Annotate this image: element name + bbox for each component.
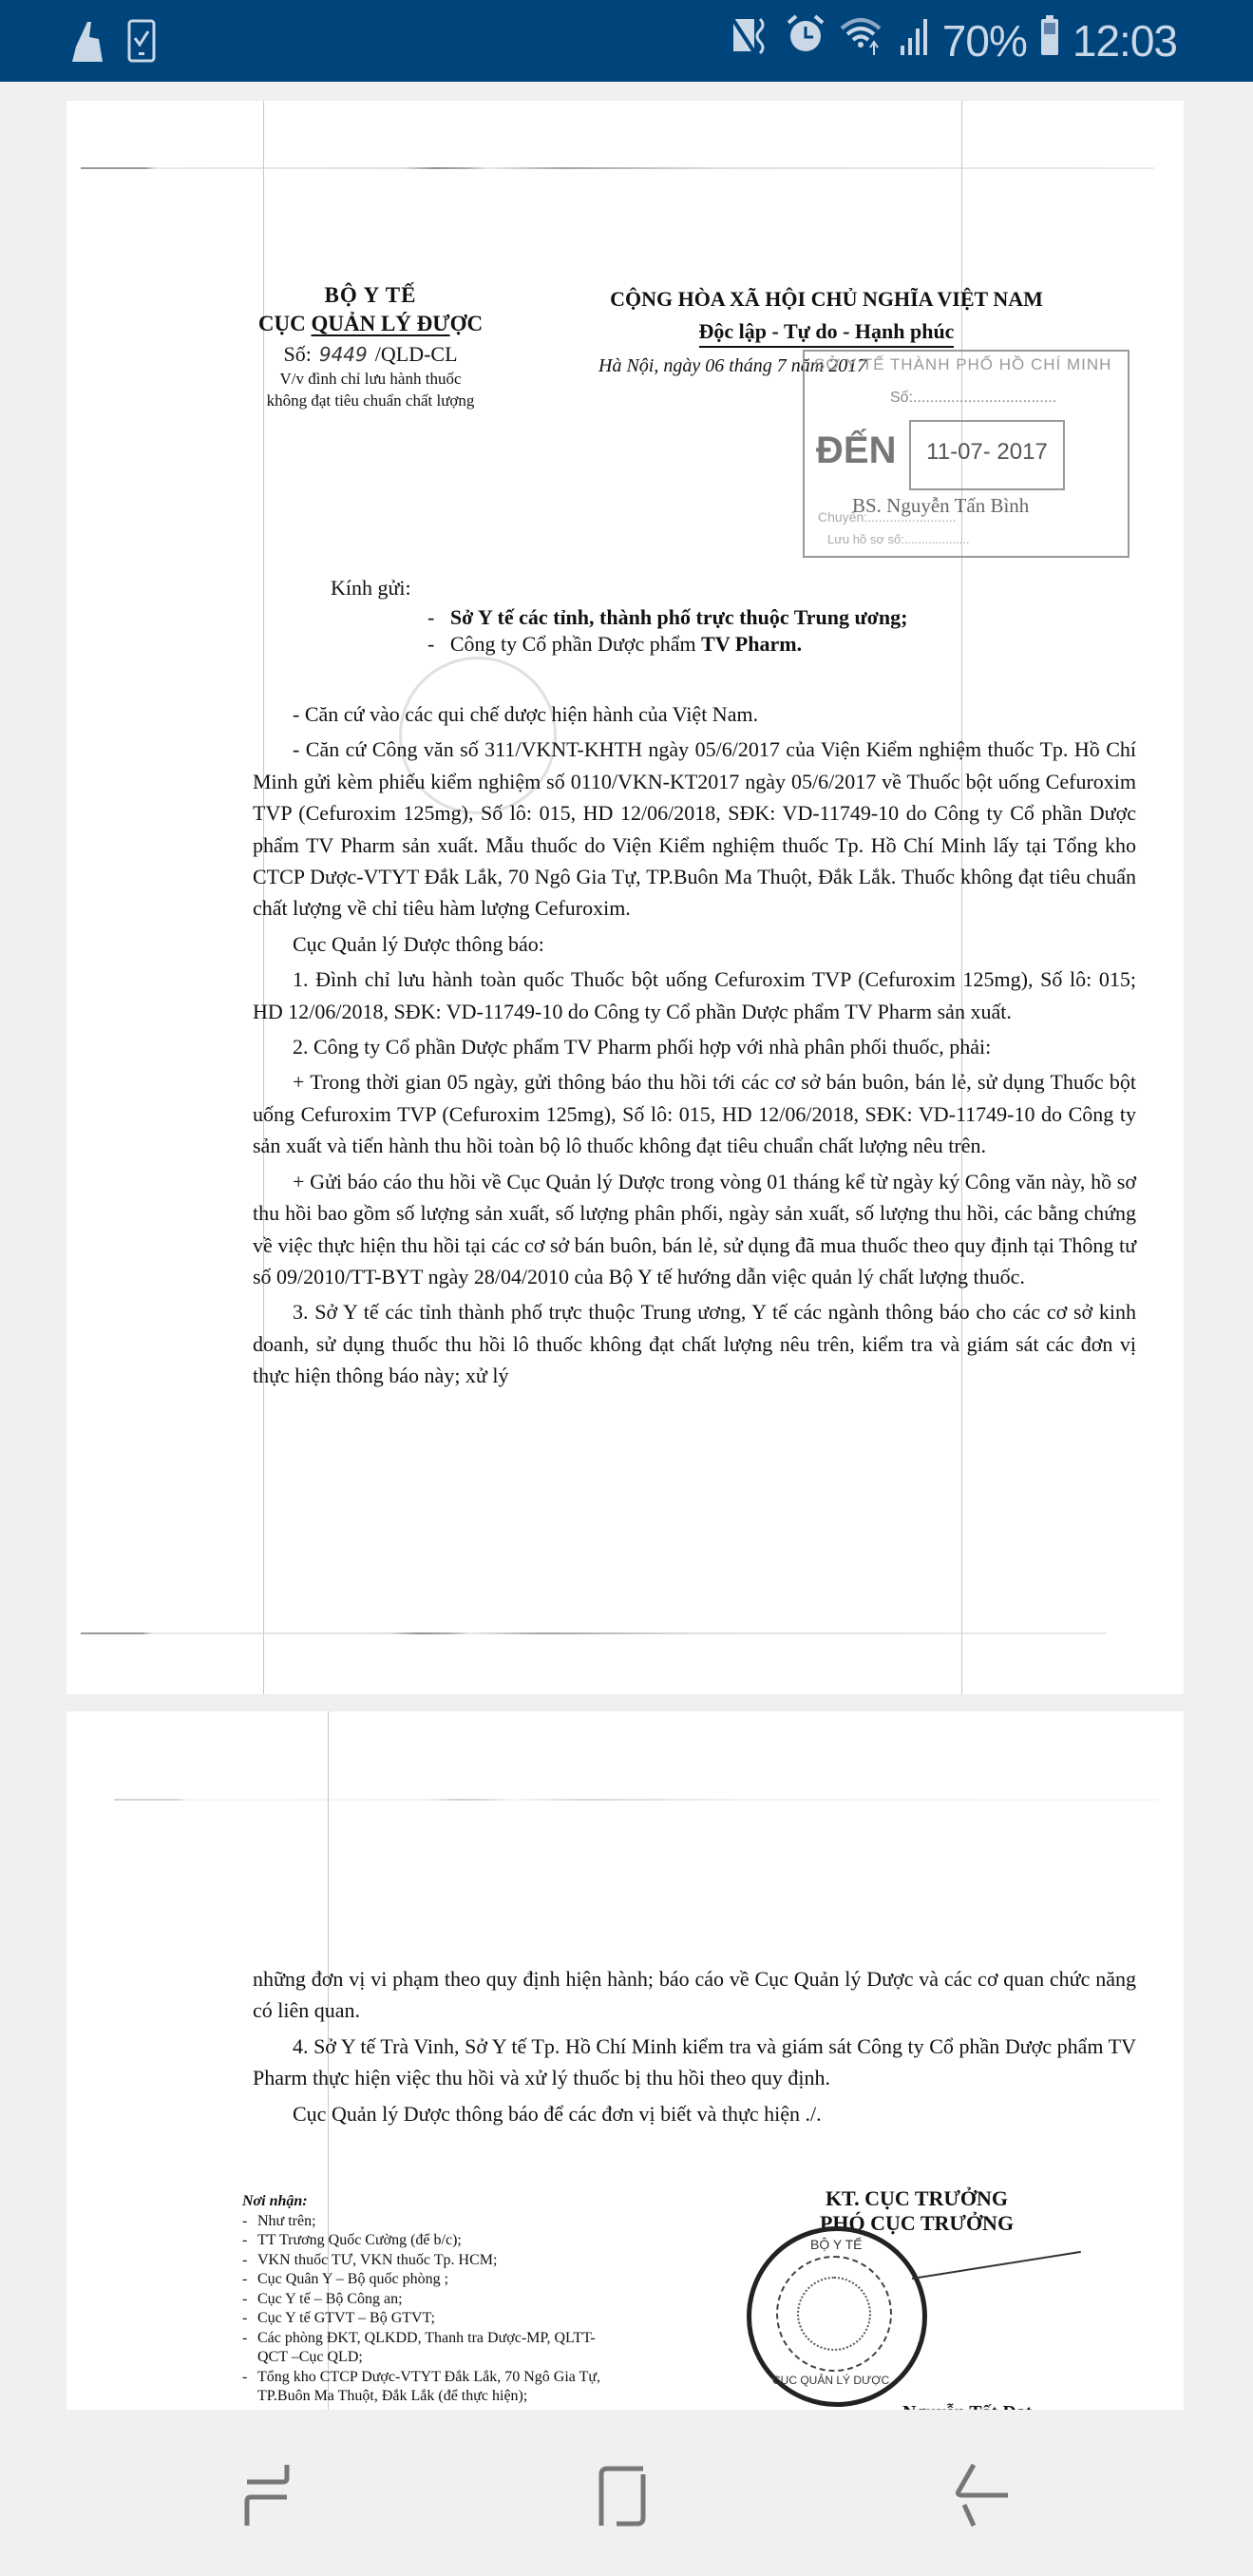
- document-page-2: những đơn vị vi phạm theo quy định hiện …: [66, 1711, 1184, 2443]
- distribution-item: -Cục Y tế – Bộ Công an;: [242, 2290, 622, 2310]
- home-button[interactable]: [584, 2457, 660, 2533]
- paragraph: + Trong thời gian 05 ngày, gửi thông báo…: [253, 1066, 1136, 1161]
- distribution-list: Nơi nhận: -Như trên; -TT Trương Quốc Cườ…: [242, 2192, 622, 2426]
- scan-artifact-line: [81, 167, 1154, 169]
- paragraph: 3. Sở Y tế các tỉnh thành phố trực thuộc…: [253, 1296, 1136, 1391]
- clock: 12:03: [1073, 15, 1177, 67]
- paragraph: Cục Quản lý Dược thông báo để các đơn vị…: [253, 2098, 1136, 2129]
- official-seal: BỘ Y TẾ CỤC QUẢN LÝ DƯỢC: [747, 2226, 927, 2407]
- battery-percent: 70%: [942, 15, 1027, 67]
- document-viewer[interactable]: BỘ Y TẾ CỤC QUẢN LÝ ĐƯỢC Số:9449/QLD-CL …: [0, 82, 1253, 2410]
- paragraph: những đơn vị vi phạm theo quy định hiện …: [253, 1963, 1136, 2027]
- distribution-item: -TT Trương Quốc Cường (để b/c);: [242, 2231, 622, 2251]
- paragraph: + Gửi báo cáo thu hồi về Cục Quản lý Dượ…: [253, 1166, 1136, 1293]
- document-page-1: BỘ Y TẾ CỤC QUẢN LÝ ĐƯỢC Số:9449/QLD-CL …: [66, 101, 1184, 1694]
- scan-artifact-line: [81, 1632, 1107, 1634]
- phone-check-icon: [127, 19, 156, 67]
- back-button[interactable]: [936, 2457, 1012, 2533]
- distribution-item: -Cục Y tế GTVT – Bộ GTVT;: [242, 2309, 622, 2329]
- paragraph: - Căn cứ vào các qui chế dược hiện hành …: [253, 698, 1136, 730]
- signature-block: KT. CỤC TRƯỞNG PHÓ CỤC TRƯỞNG: [760, 2186, 1073, 2236]
- paragraph: - Căn cứ Công văn số 311/VKNT-KHTH ngày …: [253, 734, 1136, 924]
- paragraph: 2. Công ty Cổ phần Dược phẩm TV Pharm ph…: [253, 1031, 1136, 1062]
- distribution-item: -VKN thuốc TƯ, VKN thuốc Tp. HCM;: [242, 2251, 622, 2271]
- subject-line: không đạt tiêu chuẩn chất lượng: [228, 391, 513, 410]
- signer-title: KT. CỤC TRƯỞNG: [760, 2186, 1073, 2211]
- recent-apps-icon: [237, 2457, 313, 2533]
- subject-line: V/v đình chỉ lưu hành thuốc: [228, 370, 513, 389]
- issuer-header: BỘ Y TẾ CỤC QUẢN LÝ ĐƯỢC Số:9449/QLD-CL …: [228, 283, 513, 410]
- wifi-data-icon: [840, 13, 887, 67]
- document-number: Số:9449/QLD-CL: [228, 342, 513, 367]
- national-motto: Độc lập - Tự do - Hạnh phúc: [699, 319, 955, 348]
- national-emblem-icon: [797, 2277, 871, 2351]
- vibrate-mute-icon: [730, 13, 771, 67]
- home-icon: [584, 2457, 660, 2533]
- recipient-list: - Sở Y tế các tỉnh, thành phố trực thuộc…: [427, 604, 907, 658]
- department-name: CỤC QUẢN LÝ ĐƯỢC: [228, 312, 513, 336]
- arrival-stamp: SỞ Y TẾ THÀNH PHỐ HỒ CHÍ MINH Số:.......…: [803, 350, 1130, 558]
- ministry-name: BỘ Y TẾ: [228, 283, 513, 308]
- distribution-item: -Tổng kho CTCP Dược-VTYT Đắk Lắk, 70 Ngô…: [242, 2368, 622, 2407]
- distribution-title: Nơi nhận:: [242, 2192, 622, 2212]
- document-body: - Căn cứ vào các qui chế dược hiện hành …: [253, 695, 1136, 1392]
- paragraph: Cục Quản lý Dược thông báo:: [253, 928, 1136, 960]
- paragraph: 4. Sở Y tế Trà Vinh, Sở Y tế Tp. Hồ Chí …: [253, 2031, 1136, 2094]
- battery-icon: [1040, 13, 1059, 67]
- signal-icon: [901, 13, 929, 67]
- paragraph: 1. Đình chỉ lưu hành toàn quốc Thuốc bột…: [253, 964, 1136, 1027]
- salutation: Kính gửi:: [331, 576, 411, 601]
- signature-stroke: [912, 2251, 1081, 2280]
- status-bar: 70% 12:03: [0, 0, 1253, 82]
- distribution-item: -Như trên;: [242, 2212, 622, 2232]
- distribution-item: -Các phòng ĐKT, QLKDD, Thanh tra Dược-MP…: [242, 2329, 622, 2368]
- document-body: những đơn vị vi phạm theo quy định hiện …: [253, 1963, 1136, 2129]
- back-arrow-icon: [936, 2457, 1012, 2533]
- cleaner-broom-icon: [70, 20, 103, 67]
- stamp-signer: BS. Nguyễn Tấn Bình: [852, 494, 1029, 518]
- navigation-bar: [0, 2410, 1253, 2576]
- recent-apps-button[interactable]: [237, 2457, 313, 2533]
- country-name: CỘNG HÒA XÃ HỘI CHỦ NGHĨA VIỆT NAM: [560, 287, 1092, 312]
- alarm-icon: [785, 13, 826, 67]
- received-date: 11-07- 2017: [911, 439, 1063, 466]
- recipient-item: - Công ty Cổ phần Dược phẩm TV Pharm.: [427, 631, 907, 658]
- distribution-item: -Cục Quân Y – Bộ quốc phòng ;: [242, 2270, 622, 2290]
- scan-artifact-line: [114, 1799, 1159, 1801]
- recipient-item: - Sở Y tế các tỉnh, thành phố trực thuộc…: [427, 604, 907, 631]
